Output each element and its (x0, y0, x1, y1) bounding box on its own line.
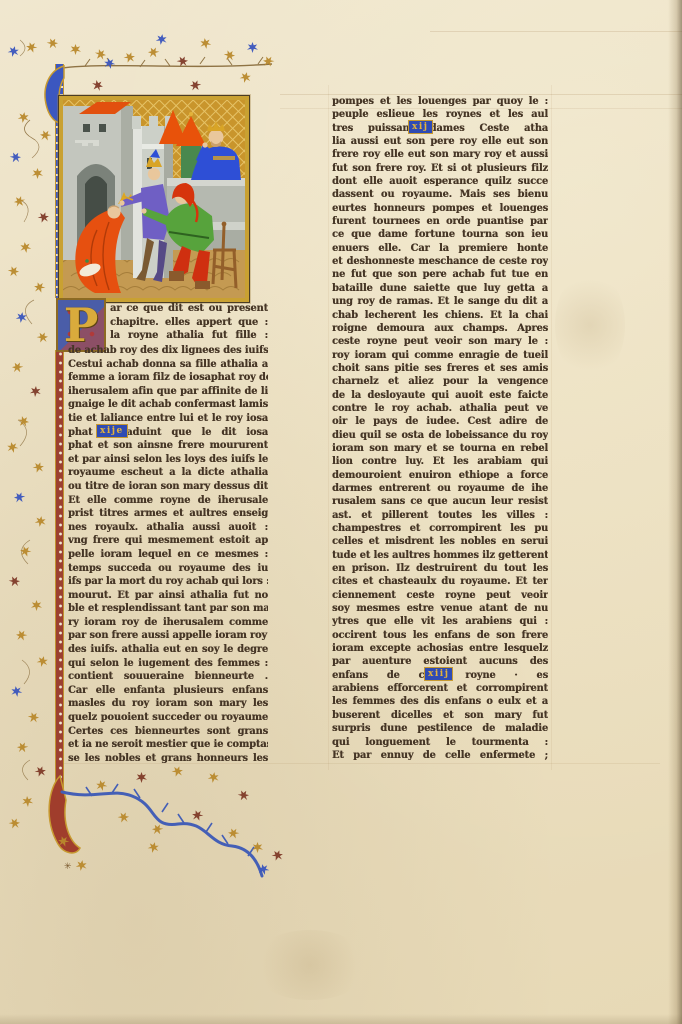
bottom-vine (0, 760, 300, 900)
text-line: enuers elle. Car la premiere honte (332, 242, 548, 255)
text-line: ast. et pillerent toutes les villes : (332, 509, 548, 522)
text-line: buserent dicelles et son mary fut (332, 709, 548, 722)
text-line: Et par ennuy de celle enfermete ; (332, 749, 548, 762)
chapter-numeral: xij (408, 120, 433, 134)
text-line: darmes entrerent ou royaume de ihe (332, 482, 548, 495)
text-line: iherusalem afin que par affinite de li (68, 385, 268, 399)
text-line: se les nobles et grans honneurs les (68, 752, 268, 766)
text-line: ar ce que dit est ou present (110, 302, 268, 316)
left-text-column: de achab roy des dix lignees des iuifsCe… (68, 344, 268, 765)
manuscript-page: ✳ (0, 0, 682, 1024)
text-line: phat et son ainsne frere moururent (68, 439, 268, 453)
purple-man-head (148, 168, 160, 180)
text-line: en prison. Ilz destruirent du tout les (332, 562, 548, 575)
text-line: ytres que elle vit les arabiens qui : (332, 615, 548, 628)
text-line: dieu quil se osta de lobeissance du roy (332, 429, 548, 442)
ruling-line (430, 31, 682, 32)
text-line: surpris dune pestilence de maladie (332, 722, 548, 735)
chapter-numeral: xije (96, 424, 128, 438)
text-line: qui longuement le tourmenta : (332, 736, 548, 749)
text-line: et ia ne seroit mestier que ie comptas (68, 738, 268, 752)
text-line: soy mesmes estre venue atant de nu (332, 602, 548, 615)
text-line: femme a ioram filz de iosaphat roy de (68, 371, 268, 385)
ruling-line (551, 85, 552, 770)
text-line: de la desloyaute qui auoit este faicte (332, 389, 548, 402)
text-line: dont elle auoit esperance quilz succe (332, 175, 548, 188)
text-line: tude et les aultres hommes ilz getterent (332, 549, 548, 562)
text-line: roigne demoura aux champs. Apres (332, 322, 548, 335)
text-line: gnaige le dit achab confermast lamis (68, 398, 268, 412)
chapter-numeral: xiij (424, 667, 453, 681)
margin-penwork (0, 100, 60, 840)
parchment-stain (250, 930, 370, 1000)
text-line: bataille dune saiette que luy getta a (332, 282, 548, 295)
text-line: quelz pouoient succeder ou royaume (68, 711, 268, 725)
text-line: tres puissans dames Ceste atha (332, 122, 548, 135)
miniature (59, 96, 249, 302)
right-text-column: pompes et les louenges par quoy le :peup… (332, 95, 548, 762)
text-line: temps succeda ou royaume des iu (68, 562, 268, 576)
text-line: mourut. Et par ainsi athalia fut no (68, 589, 268, 603)
text-line: des iuifs. athalia eut en soy le degre (68, 643, 268, 657)
text-line: cites et chasteaulx du royaume. Et ter (332, 575, 548, 588)
text-line: masles du roy ioram son mary les (68, 697, 268, 711)
text-line: furent tournees en orde puantise par (332, 215, 548, 228)
penwork-flourish: ✳ (64, 862, 72, 872)
text-line: rusalem sans ce que aucun leur resist (332, 495, 548, 508)
text-line: de achab roy des dix lignees des iuifs (68, 344, 268, 358)
text-line: contient souueraine bienneurte . (68, 670, 268, 684)
text-line: Et elle comme royne de iherusale (68, 494, 268, 508)
text-line: choit sans pitie ses freres et ses amis (332, 362, 548, 375)
text-line: les femmes des dis enfans o eulx et a (332, 695, 548, 708)
text-line: roy ioram qui comme enragie de tueil (332, 349, 548, 362)
text-line: ry ioram roy de iherusalem comme (68, 616, 268, 630)
page-edge (668, 0, 682, 1024)
text-line: royaume escheut a la dicte athalia (68, 466, 268, 480)
parchment-stain (555, 270, 625, 380)
text-line: fut son frere roy. Et si ot plusieurs fi… (332, 162, 548, 175)
text-line: chapitre. elles appert que : (110, 316, 268, 330)
text-line: ne fut que son pere achab fut tue en (332, 268, 548, 281)
text-line: contre le roy achab. athalia peut ve (332, 402, 548, 415)
text-line: oir le pays de iudee. Cest adire de (332, 415, 548, 428)
page-edge (0, 1014, 682, 1024)
text-line: ble et resplendissant tant par son ma (68, 602, 268, 616)
text-line: Cestui achab donna sa fille athalia a (68, 358, 268, 372)
text-line: et par ainsi selon les loys des iuifs le (68, 453, 268, 467)
left-column-opening: ar ce que dit est ou presentchapitre. el… (110, 302, 268, 343)
text-line: chab lecherent les chiens. Et la chai (332, 309, 548, 322)
text-line: charnelz et aliez pour la vengence (332, 375, 548, 388)
text-line: celles et misdrent les nobles en serui (332, 535, 548, 548)
text-line: ciennement ceste royne peut veoir (332, 589, 548, 602)
text-line: lia aussi eut son pere roy elle eut son (332, 135, 548, 148)
text-line: ce que dame fortune tourna son ieu (332, 228, 548, 241)
text-line: arabiens efforcerent et corrompirent (332, 682, 548, 695)
text-line: ung roy de ramas. Et le sange du dit a (332, 295, 548, 308)
text-line: qui selon le iugement des femmes : (68, 657, 268, 671)
text-line: ceste royne peut veoir son mary le : (332, 335, 548, 348)
text-line: par son frere aussi appelle ioram roy : (68, 629, 268, 643)
text-line: occirent tous les enfans de son frere (332, 629, 548, 642)
text-line: Car elle enfanta plusieurs enfans (68, 684, 268, 698)
text-line: lion contre luy. Et les arabiam qui (332, 455, 548, 468)
ruling-line (328, 85, 329, 770)
text-line: la royne athalia fut fille : (110, 329, 268, 343)
text-line: eurtes honneurs pompes et louenges (332, 202, 548, 215)
text-line: ioram son mary et se tourna en rebel (332, 442, 548, 455)
miniature-illustration (63, 100, 245, 298)
text-line: dassent ou royaume. Mais ses bienu (332, 188, 548, 201)
text-line: pelle ioram lequel en ce mesmes : (68, 548, 268, 562)
text-line: frere roy elle eut son mary roy et aussi (332, 148, 548, 161)
text-line: nes royaulx. athalia aussi auoit : (68, 521, 268, 535)
text-line: ou titre de ioran son mary dessus dit (68, 480, 268, 494)
text-line: ioram excepte achosias entre lesquelz (332, 642, 548, 655)
text-line: et deshonneste meschance de ceste roy (332, 255, 548, 268)
text-line: peuple eslieue les roynes et les aul (332, 108, 548, 121)
text-line: demouroient enuiron ethiope a force (332, 469, 548, 482)
text-line: vng frere qui mesmement estoit ap (68, 534, 268, 548)
text-line: Certes ces bienneurtes sont grans (68, 725, 268, 739)
text-line: pompes et les louenges par quoy le : (332, 95, 548, 108)
text-line: ifs par la mort du roy achab qui lors : (68, 575, 268, 589)
text-line: prist titres armes et aultres enseig (68, 507, 268, 521)
text-line: champestres et corrompirent les pu (332, 522, 548, 535)
